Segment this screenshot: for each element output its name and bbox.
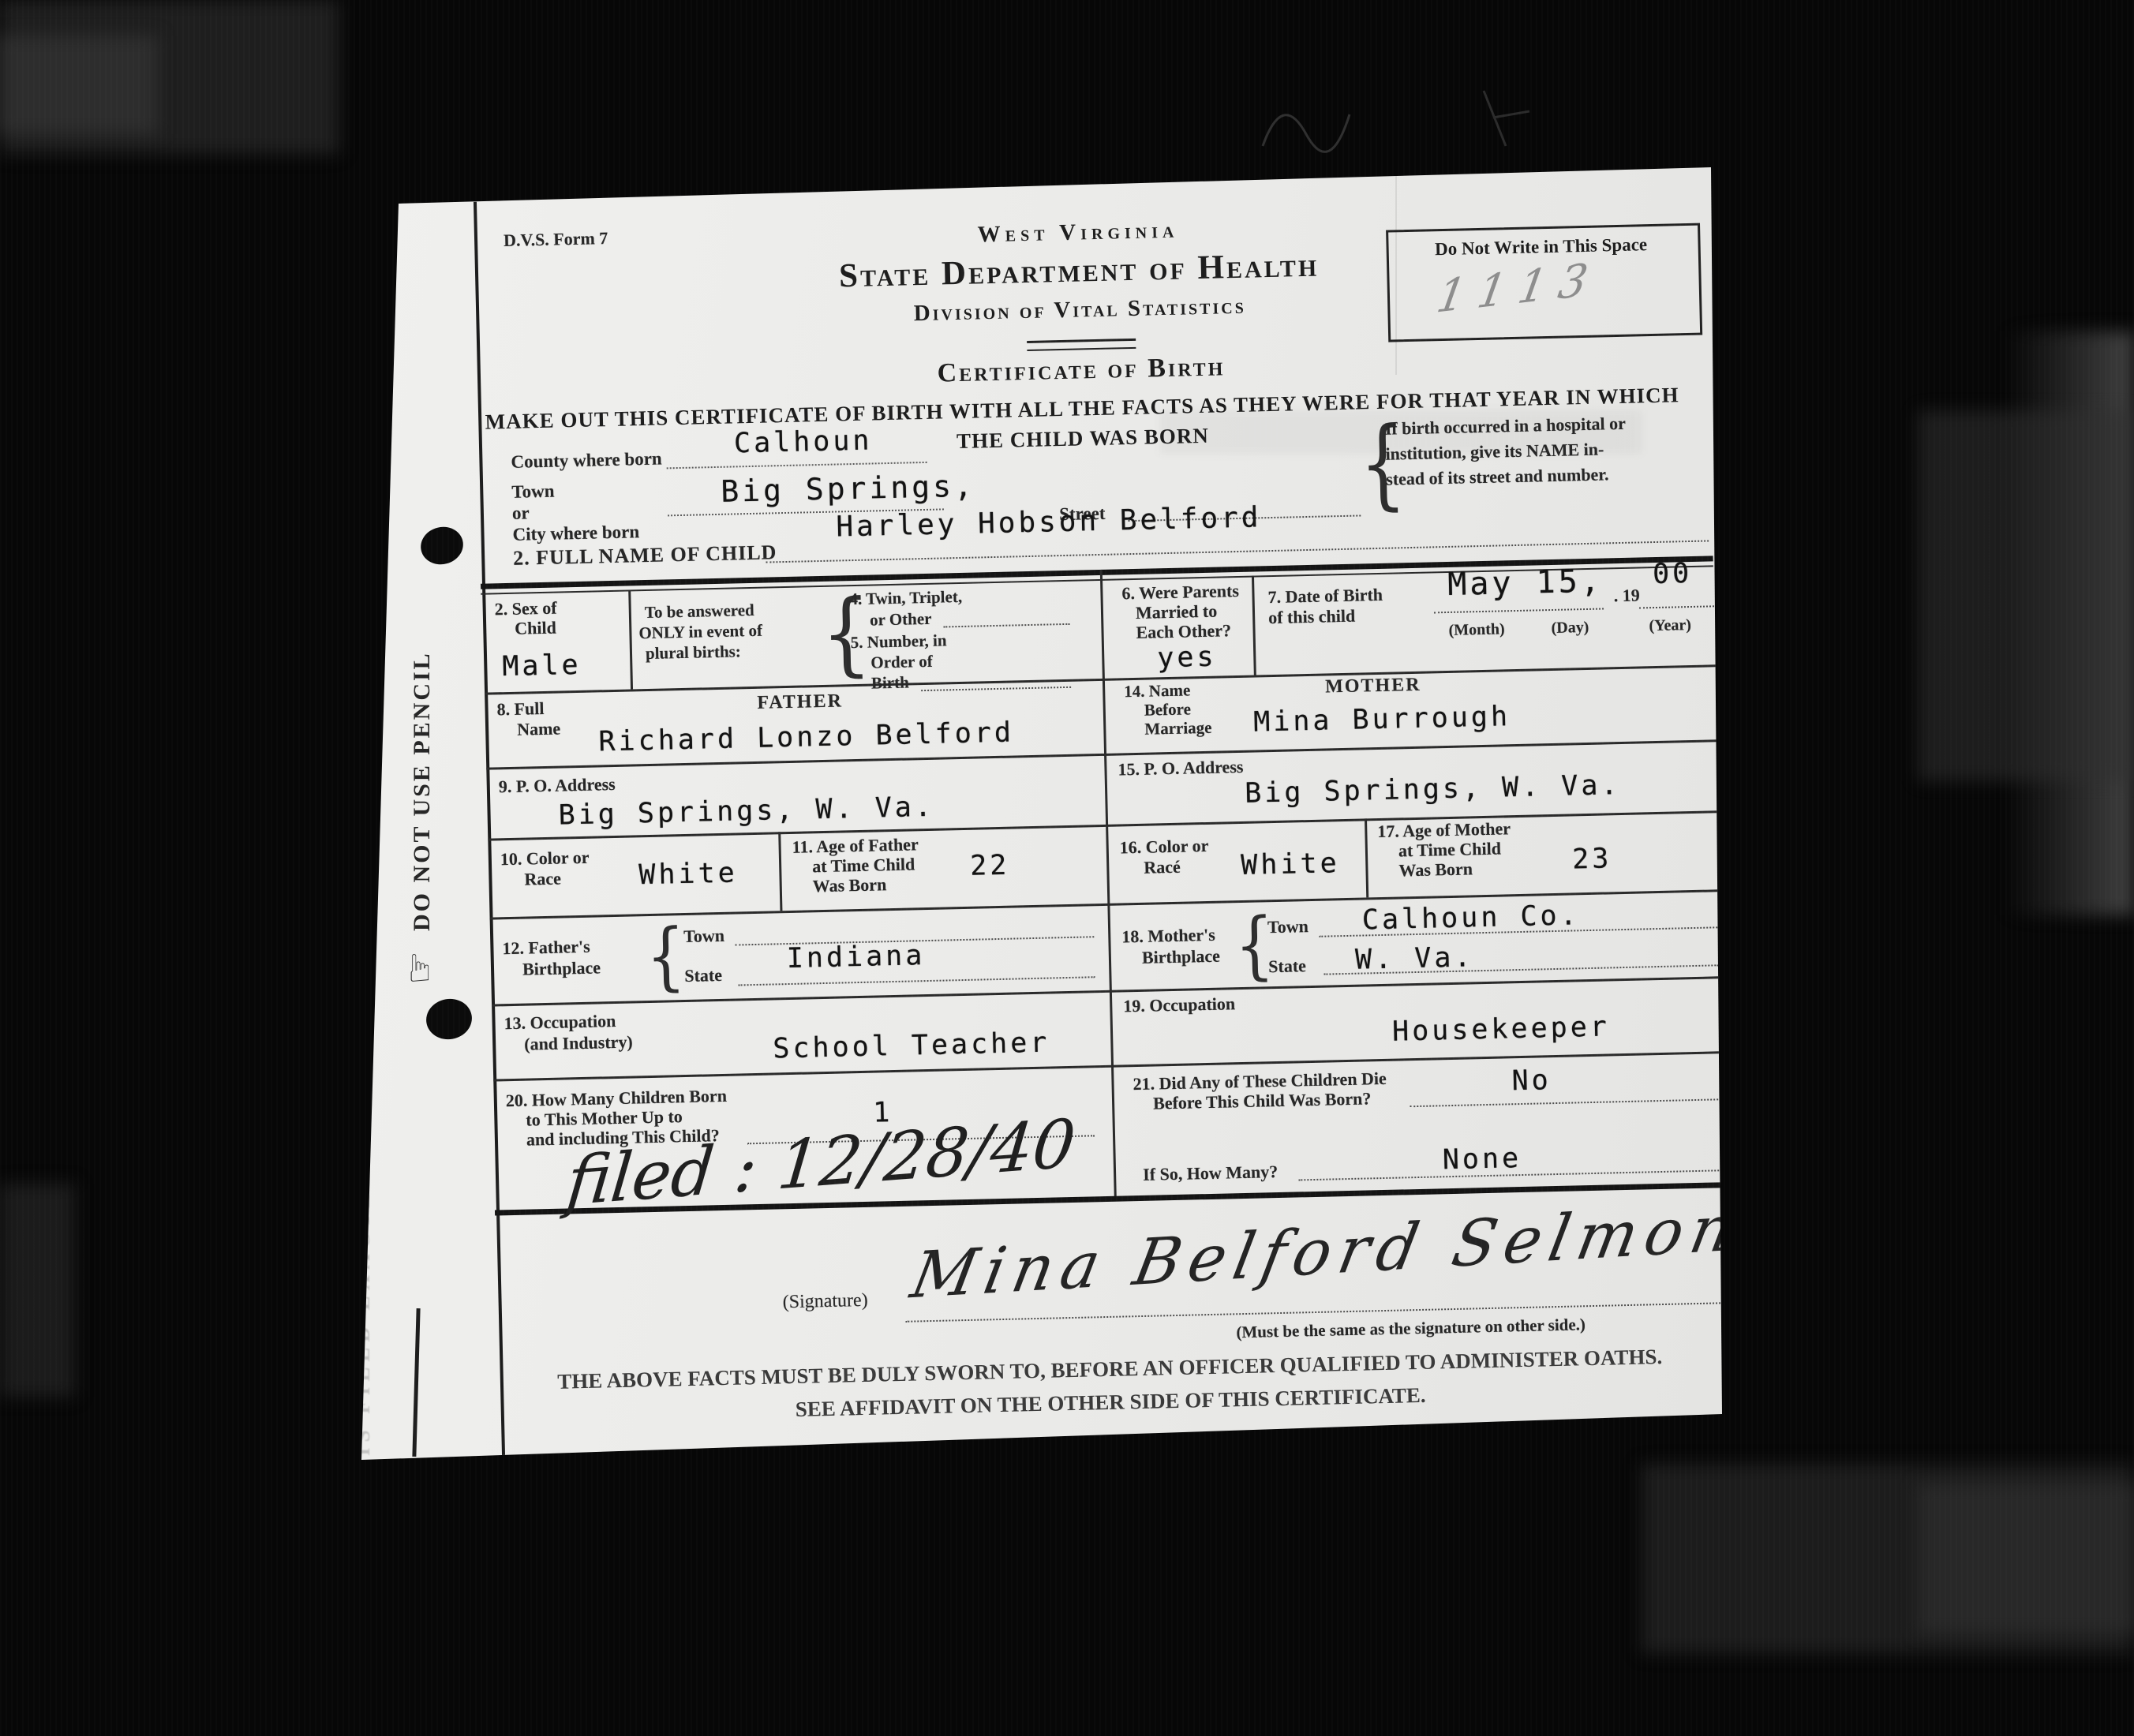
children-died-label-2: Before This Child Was Born? <box>1153 1089 1372 1113</box>
mother-occupation-label: 19. Occupation <box>1123 994 1235 1016</box>
certificate-page: IS FILED EXACTLY BY A CIRCUIT COURT ORDE… <box>339 150 1732 1480</box>
day-label: (Day) <box>1551 619 1589 637</box>
father-race-label-2: Race <box>524 870 561 890</box>
father-address-label: 9. P. O. Address <box>499 775 616 797</box>
mother-state-label: State <box>1268 956 1306 977</box>
mother-age-label-2: at Time Child <box>1398 840 1502 862</box>
plural-note-2: ONLY in event of <box>638 622 762 643</box>
mother-address-value: Big Springs, W. Va. <box>1245 769 1621 810</box>
father-race-label-1: 10. Color or <box>500 848 590 870</box>
signature-label: (Signature) <box>782 1290 868 1313</box>
dob-label-1: 7. Date of Birth <box>1267 586 1383 608</box>
father-birthplace-label-1: 12. Father's <box>502 937 590 959</box>
father-occupation-label-1: 13. Occupation <box>504 1012 616 1034</box>
scan-shadow-bottom-left <box>0 1184 75 1397</box>
twin-label-2: or Other <box>870 610 932 630</box>
father-section-header: FATHER <box>757 690 843 713</box>
dob-line <box>1434 606 1604 613</box>
scanned-birth-certificate: IS FILED EXACTLY BY A CIRCUIT COURT ORDE… <box>0 0 2134 1736</box>
left-edge-faint-text: IS FILED EXACTLY BY A CIRCUIT COURT ORDE… <box>350 470 375 1456</box>
sex-value: Male <box>502 649 582 683</box>
father-occupation-label-2: (and Industry) <box>524 1033 633 1055</box>
rowa-right-divider <box>1252 576 1256 675</box>
mother-birthplace-label-2: Birthplace <box>1142 947 1221 968</box>
year-label: (Year) <box>1649 616 1691 635</box>
rowd-left-divider <box>778 832 782 911</box>
scan-shadow-top-left-bright <box>0 36 158 134</box>
rowd-right-divider <box>1365 818 1368 897</box>
plural-note-3: plural births: <box>646 642 741 663</box>
mother-section-header: MOTHER <box>1325 675 1421 698</box>
father-town-label: Town <box>683 926 724 947</box>
mother-age-value: 23 <box>1572 843 1612 875</box>
number-label-2: Order of <box>870 653 933 672</box>
father-state-line <box>739 975 1095 986</box>
mother-birthplace-label-1: 18. Mother's <box>1121 926 1215 947</box>
twin-label-1: 4. Twin, Triplet, <box>849 588 962 609</box>
how-many-value: None <box>1442 1143 1522 1176</box>
child-name-label: 2. FULL NAME OF CHILD <box>513 541 777 570</box>
mother-name-value: Mina Burrough <box>1253 701 1511 738</box>
how-many-label: If So, How Many? <box>1143 1162 1279 1185</box>
town-value: Big Springs, <box>721 469 975 509</box>
number-line <box>921 685 1071 691</box>
county-line <box>667 460 927 469</box>
dob-year-value: 00 <box>1653 558 1693 590</box>
twin-line <box>943 622 1069 628</box>
scan-shadow-bottom-right-bright <box>1918 1483 2134 1633</box>
header-rule <box>1027 339 1136 351</box>
father-age-value: 22 <box>970 850 1010 882</box>
father-occupation-value: School Teacher <box>773 1027 1050 1065</box>
mother-name-label-2: Before <box>1144 700 1192 720</box>
town-label-1: Town <box>511 481 555 503</box>
mother-race-label-1: 16. Color or <box>1119 836 1208 858</box>
father-age-label-3: Was Born <box>812 875 886 896</box>
scratch-marks <box>1247 71 1578 166</box>
father-name-label-2: Name <box>517 720 561 740</box>
signature-note: (Must be the same as the signature on ot… <box>1091 1312 1731 1345</box>
father-birthplace-brace: { <box>646 919 687 994</box>
county-value: Calhoun <box>734 425 873 459</box>
certificate-form: D.V.S. Form 7 West Virginia State Depart… <box>399 174 1745 1465</box>
mother-name-label-3: Marriage <box>1144 719 1212 739</box>
children-died-value: No <box>1511 1064 1552 1097</box>
town-label-3: City where born <box>512 522 639 544</box>
dob-label-2: of this child <box>1268 607 1356 628</box>
number-label-3: Birth <box>871 673 909 693</box>
father-name-value: Richard Lonzo Belford <box>598 716 1014 758</box>
married-label-1: 6. Were Parents <box>1121 582 1239 604</box>
married-label-3: Each Other? <box>1136 621 1231 642</box>
scan-shadow-right-2 <box>1918 410 2134 781</box>
dob-year-prefix: . 19 <box>1613 586 1640 605</box>
mother-race-label-2: Racé <box>1144 858 1181 878</box>
married-label-2: Married to <box>1136 602 1218 623</box>
dob-year-line <box>1639 604 1714 608</box>
father-race-value: White <box>638 857 738 891</box>
mother-age-label-3: Was Born <box>1398 859 1473 881</box>
stamp-number: 1113 <box>1433 253 1604 324</box>
mother-name-label-1: 14. Name <box>1124 681 1190 701</box>
hospital-note-2: institution, give its NAME in- <box>1385 440 1604 464</box>
hospital-note-3: stead of its street and number. <box>1386 465 1609 489</box>
month-label: (Month) <box>1448 620 1505 639</box>
mother-town-label: Town <box>1267 917 1308 937</box>
number-label-1: 5. Number, in <box>851 631 947 652</box>
do-not-write-label: Do Not Write in This Space <box>1388 234 1693 261</box>
sex-label-2: Child <box>515 619 556 639</box>
children-died-line <box>1410 1097 1721 1107</box>
plural-note-1: To be answered <box>645 601 754 623</box>
married-value: yes <box>1157 642 1217 675</box>
father-address-value: Big Springs, W. Va. <box>558 791 934 832</box>
father-state-label: State <box>684 966 722 986</box>
dob-value: May 15, <box>1447 563 1604 603</box>
sex-label-1: 2. Sex of <box>494 599 556 619</box>
father-birthplace-label-2: Birthplace <box>522 958 601 979</box>
county-label: County where born <box>511 449 662 473</box>
signature-value: Mina Belford Selmon <box>905 1191 1747 1313</box>
row-a-bottom <box>485 664 1716 694</box>
bottom-left-fold-line <box>412 1308 420 1457</box>
town-label-2: or <box>512 503 530 523</box>
mother-race-value: White <box>1241 847 1340 881</box>
column-divider <box>1100 570 1117 1198</box>
mother-occupation-value: Housekeeper <box>1392 1011 1611 1047</box>
rowa-left-divider <box>628 589 633 689</box>
mother-address-label: 15. P. O. Address <box>1118 758 1243 780</box>
father-age-label-2: at Time Child <box>812 855 915 877</box>
father-birthplace-value: Indiana <box>786 940 925 975</box>
father-name-label-1: 8. Full <box>496 699 544 720</box>
do-not-write-box: Do Not Write in This Space 1113 <box>1386 223 1702 342</box>
